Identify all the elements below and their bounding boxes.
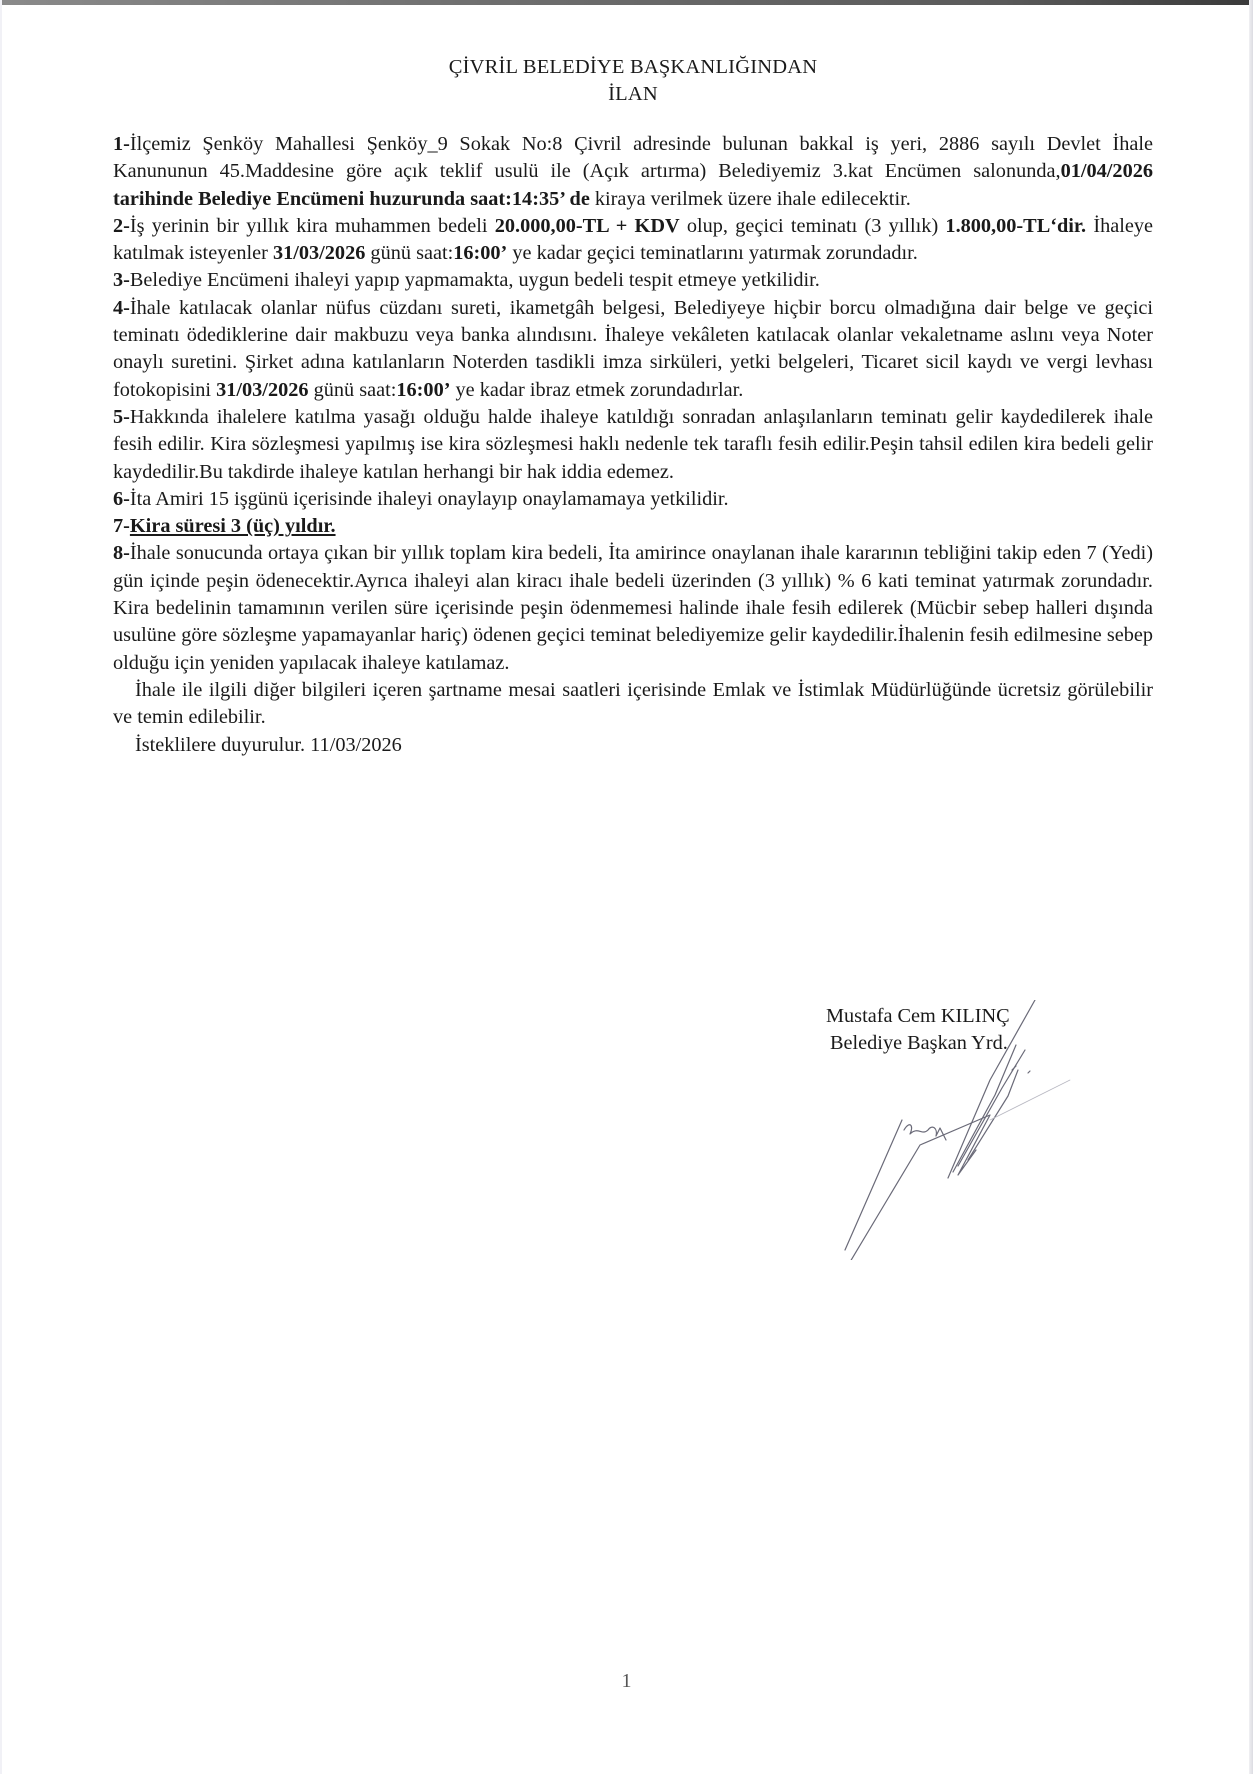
item-2-text: ye kadar geçici teminatlarını yatırmak z… <box>507 242 918 264</box>
item-4: 4-İhale katılacak olanlar nüfus cüzdanı … <box>113 295 1153 404</box>
item-3-text: Belediye Encümeni ihaleyi yapıp yapmamak… <box>130 269 820 291</box>
closing-announcement: İsteklilere duyurulur. 11/03/2026 <box>113 732 1153 759</box>
item-2-text: günü saat: <box>365 242 453 264</box>
item-6: 6-İta Amiri 15 işgünü içerisinde ihaleyi… <box>113 486 1153 513</box>
item-4-deadline-time: 16:00’ <box>396 379 450 401</box>
item-4-number: 4- <box>113 297 130 319</box>
item-7: 7-Kira süresi 3 (üç) yıldır. <box>113 513 1153 540</box>
item-4-text: günü saat: <box>309 379 397 401</box>
item-4-deadline-date: 31/03/2026 <box>216 379 308 401</box>
scan-edge-right <box>1249 0 1253 1774</box>
item-1-number: 1- <box>113 133 130 155</box>
item-1: 1-İlçemiz Şenköy Mahallesi Şenköy_9 Soka… <box>113 131 1153 213</box>
scan-edge-top <box>0 0 1253 5</box>
item-2-text: İş yerinin bir yıllık kira muhammen bede… <box>130 215 495 237</box>
item-2-text: olup, geçici teminatı (3 yıllık) <box>680 215 946 237</box>
item-1-text: İlçemiz Şenköy Mahallesi Şenköy_9 Sokak … <box>113 133 1153 182</box>
item-2-number: 2- <box>113 215 130 237</box>
item-2-rent-amount: 20.000,00-TL + KDV <box>495 215 680 237</box>
item-3: 3-Belediye Encümeni ihaleyi yapıp yapmam… <box>113 267 1153 294</box>
item-7-number: 7- <box>113 515 130 537</box>
document-title: ÇİVRİL BELEDİYE BAŞKANLIĞINDAN <box>113 54 1153 80</box>
handwritten-signature <box>840 1000 1100 1260</box>
item-6-text: İta Amiri 15 işgünü içerisinde ihaleyi o… <box>130 488 729 510</box>
item-7-text: Kira süresi 3 (üç) yıldır. <box>130 515 336 537</box>
item-1-text-end: kiraya verilmek üzere ihale edilecektir. <box>590 188 911 210</box>
item-2: 2-İş yerinin bir yıllık kira muhammen be… <box>113 213 1153 268</box>
page-number: 1 <box>0 1670 1253 1693</box>
item-5-text: Hakkında ihalelere katılma yasağı olduğu… <box>113 406 1153 483</box>
item-3-number: 3- <box>113 269 130 291</box>
document-body: 1-İlçemiz Şenköy Mahallesi Şenköy_9 Soka… <box>113 131 1153 759</box>
item-6-number: 6- <box>113 488 130 510</box>
item-4-text: ye kadar ibraz etmek zorundadırlar. <box>450 379 743 401</box>
item-2-deposit-amount: 1.800,00-TL‘dir. <box>945 215 1086 237</box>
item-5: 5-Hakkında ihalelere katılma yasağı oldu… <box>113 404 1153 486</box>
item-2-deadline-date: 31/03/2026 <box>273 242 365 264</box>
item-2-deadline-time: 16:00’ <box>453 242 507 264</box>
item-8: 8-İhale sonucunda ortaya çıkan bir yıllı… <box>113 540 1153 676</box>
scan-edge-left <box>0 0 2 1774</box>
item-8-text: İhale sonucunda ortaya çıkan bir yıllık … <box>113 542 1153 673</box>
item-5-number: 5- <box>113 406 130 428</box>
closing-info: İhale ile ilgili diğer bilgileri içeren … <box>113 677 1153 732</box>
document-subtitle: İLAN <box>113 81 1153 107</box>
item-8-number: 8- <box>113 542 130 564</box>
